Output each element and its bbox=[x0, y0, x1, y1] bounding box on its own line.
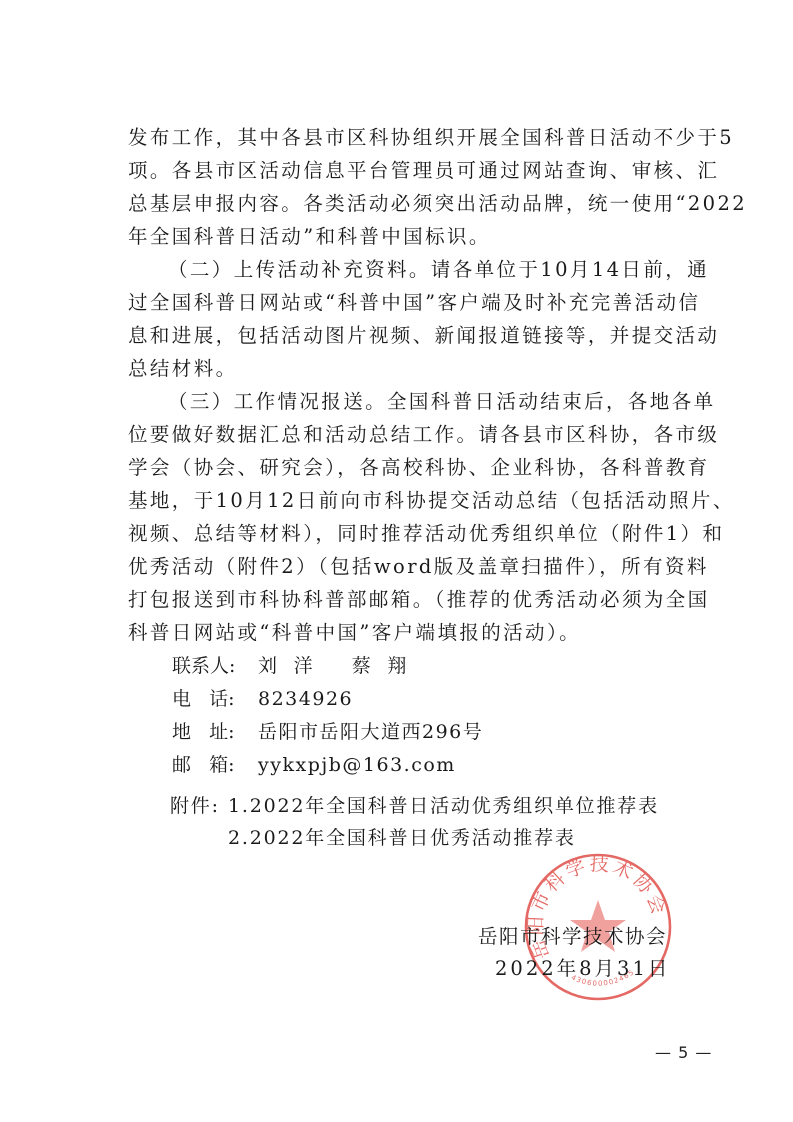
body-line: 年全国科普日活动”和科普中国标识。 bbox=[128, 222, 673, 252]
body-line: 学会（协会、研究会），各高校科协、企业科协，各科普教育 bbox=[128, 453, 673, 483]
signing-organization: 岳阳市科学技术协会 bbox=[478, 922, 667, 952]
body-line: 位要做好数据汇总和活动总结工作。请各县市区科协，各市级 bbox=[128, 420, 673, 450]
body-line: 发布工作，其中各县市区科协组织开展全国科普日活动不少于5 bbox=[128, 123, 673, 153]
contact-address-value: 岳阳市岳阳大道西296号 bbox=[258, 721, 483, 743]
attachments-label: 附件: bbox=[170, 791, 220, 821]
signing-date: 2022年8月31日 bbox=[495, 954, 670, 984]
body-line: 优秀活动（附件2）（包括word版及盖章扫描件），所有资料 bbox=[128, 552, 673, 582]
contact-email: 邮 箱:yykxpjb@163.com bbox=[172, 750, 456, 780]
contact-email-label: 邮 箱: bbox=[172, 750, 258, 780]
contact-person: 联系人:刘 洋 蔡 翔 bbox=[172, 651, 408, 681]
attachment-item: 2.2022年全国科普日优秀活动推荐表 bbox=[228, 823, 576, 853]
contact-address: 地 址:岳阳市岳阳大道西296号 bbox=[172, 717, 483, 747]
document-page: 发布工作，其中各县市区科协组织开展全国科普日活动不少于5 项。各县市区活动信息平… bbox=[0, 0, 793, 1122]
contact-phone-label: 电 话: bbox=[172, 684, 258, 714]
contact-address-label: 地 址: bbox=[172, 717, 258, 747]
body-line: 总结材料。 bbox=[128, 354, 673, 384]
contact-person-value: 刘 洋 蔡 翔 bbox=[258, 655, 408, 677]
contact-person-label: 联系人: bbox=[172, 651, 258, 681]
body-line: 视频、总结等材料），同时推荐活动优秀组织单位（附件1）和 bbox=[128, 519, 673, 549]
section-heading-report: （三）工作情况报送。全国科普日活动结束后，各地各单 bbox=[168, 387, 673, 417]
section-heading-upload: （二）上传活动补充资料。请各单位于10月14日前，通 bbox=[168, 255, 673, 285]
body-line: 息和进展，包括活动图片视频、新闻报道链接等，并提交活动 bbox=[128, 321, 673, 351]
body-line: 打包报送到市科协科普部邮箱。（推荐的优秀活动必须为全国 bbox=[128, 585, 673, 615]
contact-email-value: yykxpjb@163.com bbox=[258, 754, 456, 776]
body-line: 科普日网站或“科普中国”客户端填报的活动）。 bbox=[128, 618, 673, 648]
contact-phone: 电 话:8234926 bbox=[172, 684, 353, 714]
contact-phone-value: 8234926 bbox=[258, 688, 353, 710]
body-line: 总基层申报内容。各类活动必须突出活动品牌，统一使用“2022 bbox=[128, 189, 673, 219]
body-line: 基地，于10月12日前向市科协提交活动总结（包括活动照片、 bbox=[128, 486, 673, 516]
body-line: 过全国科普日网站或“科普中国”客户端及时补充完善活动信 bbox=[128, 288, 673, 318]
page-number: — 5 — bbox=[655, 1043, 712, 1062]
attachment-item: 1.2022年全国科普日活动优秀组织单位推荐表 bbox=[228, 791, 659, 821]
body-line: 项。各县市区活动信息平台管理员可通过网站查询、审核、汇 bbox=[128, 156, 673, 186]
